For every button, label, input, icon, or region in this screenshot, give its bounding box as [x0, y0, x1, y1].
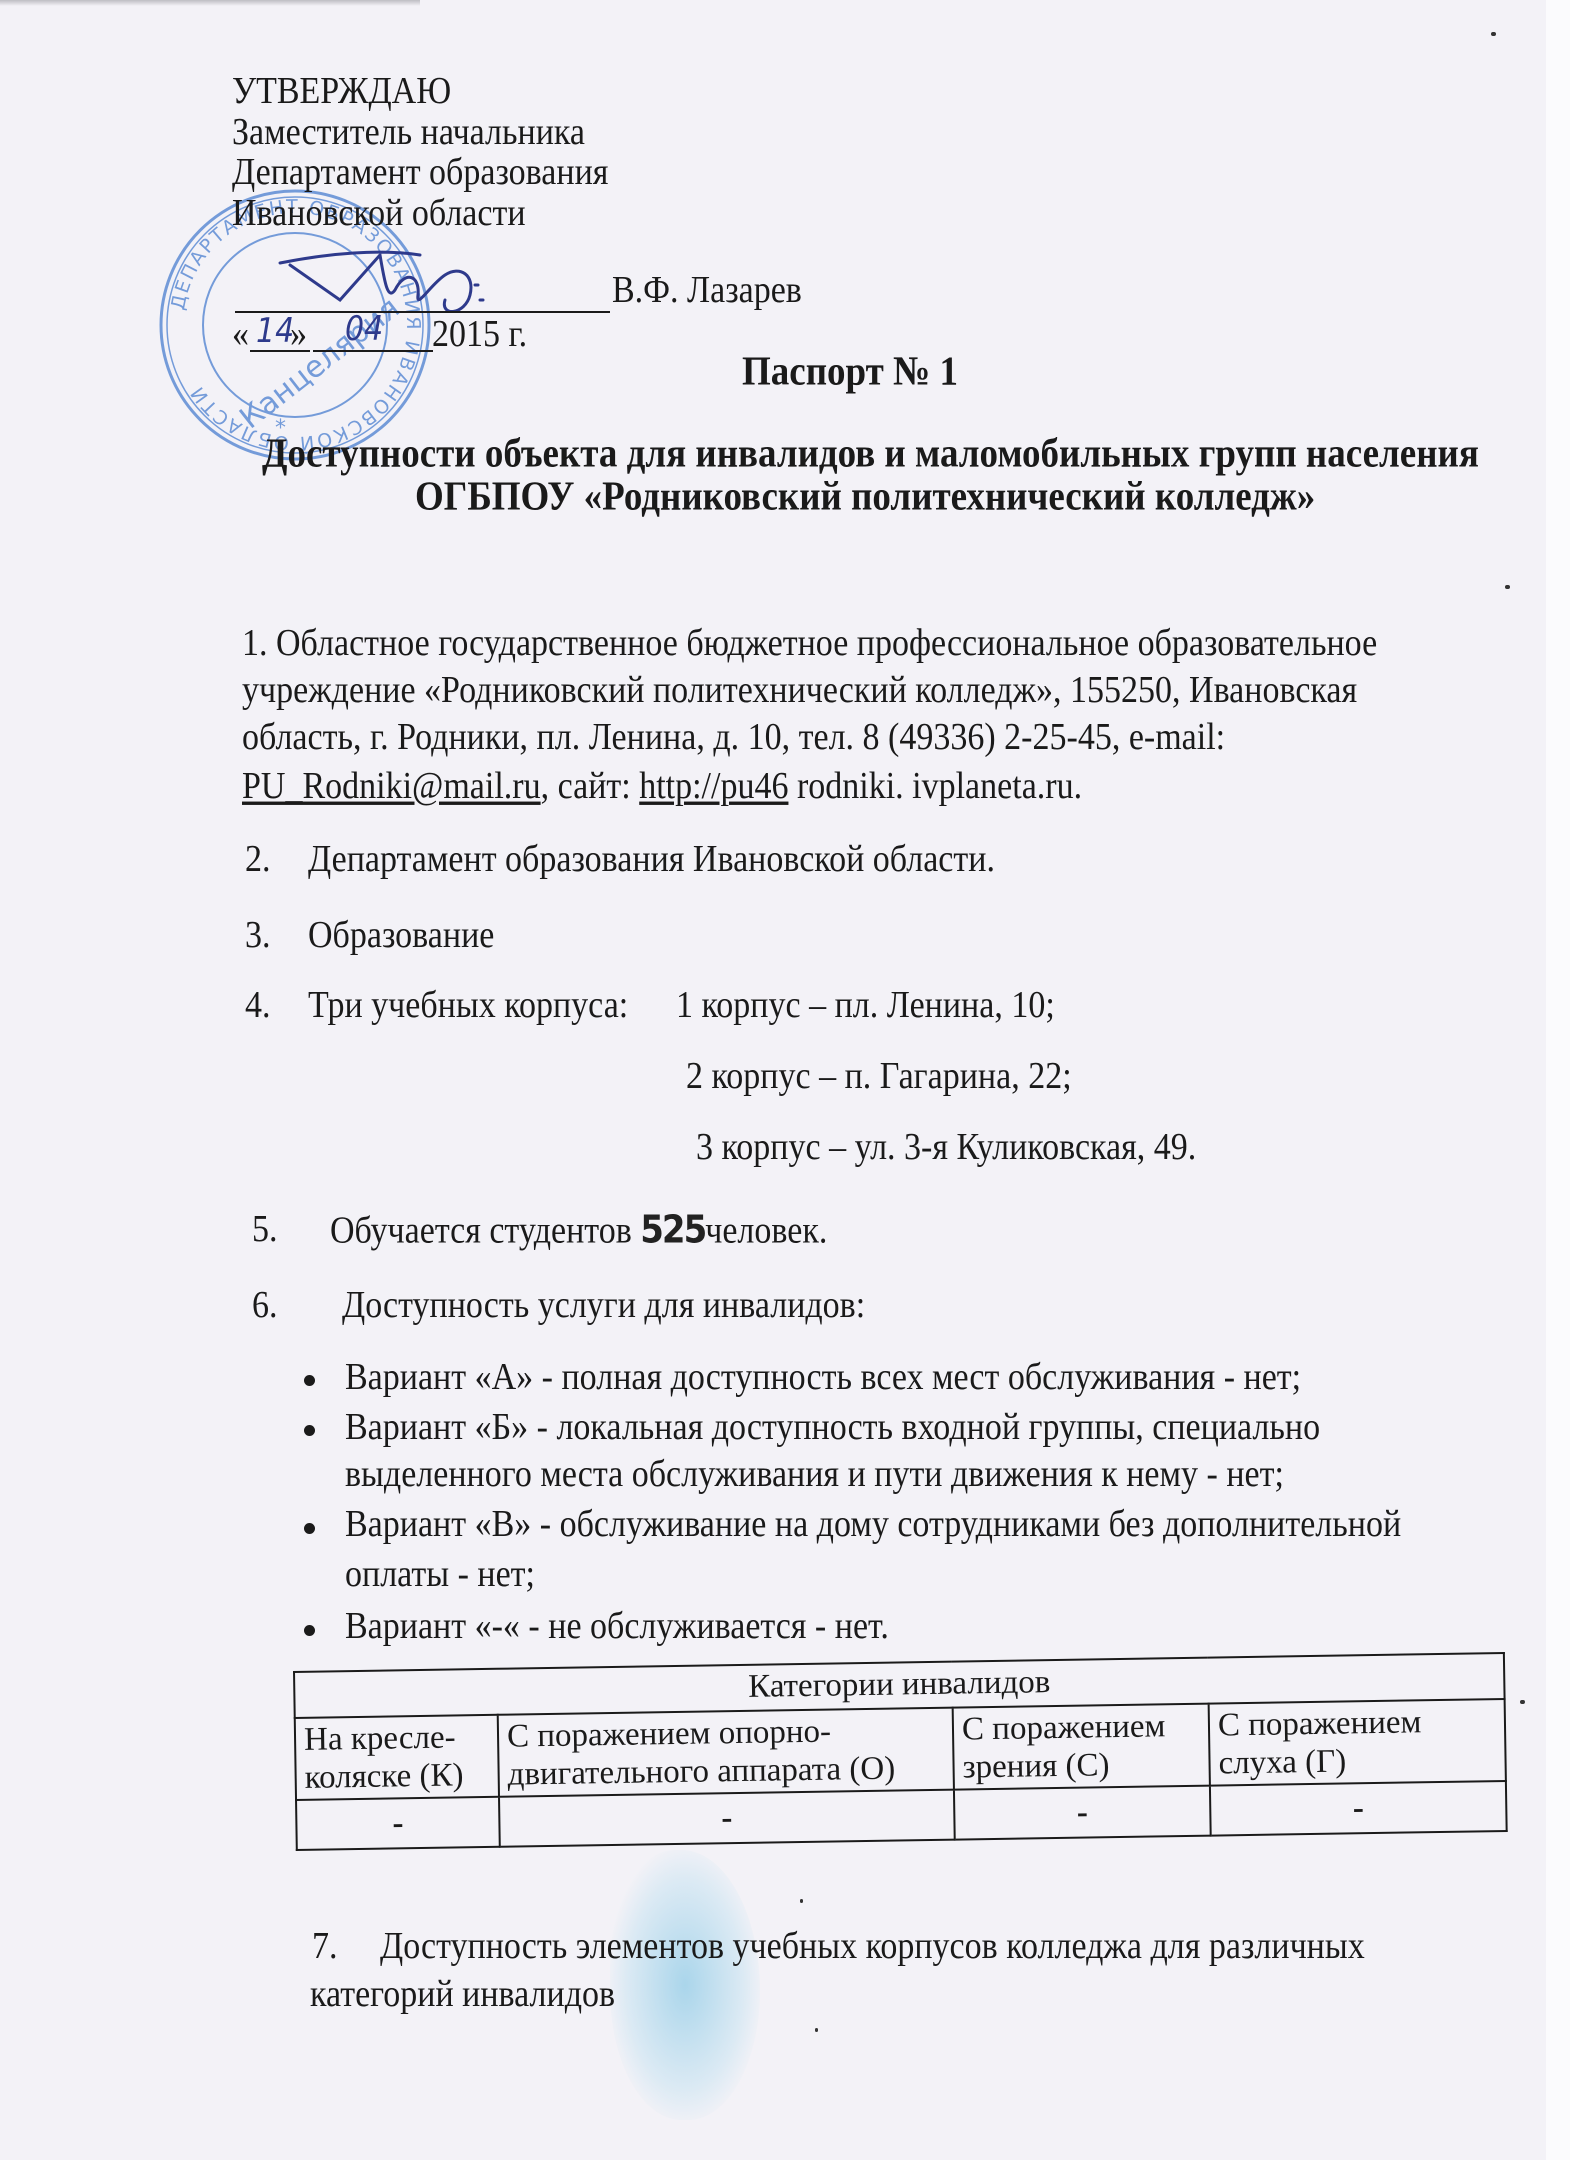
item1-line2: учреждение «Родниковский политехнический… — [242, 669, 1357, 714]
item5-text-after: человек. — [705, 1210, 827, 1251]
document-title: Паспорт № 1 — [0, 350, 1570, 395]
item1-line3: область, г. Родники, пл. Ленина, д. 10, … — [242, 716, 1225, 761]
building-2: 2 корпус – п. Гагарина, 22; — [686, 1055, 1072, 1100]
item1-line1: 1. Областное государственное бюджетное п… — [242, 622, 1377, 667]
item6-text: Доступность услуги для инвалидов: — [342, 1284, 865, 1329]
date-month: 04 — [345, 308, 383, 353]
approver-region: Ивановской области — [232, 192, 526, 237]
ink-blot — [610, 1850, 760, 2120]
scan-shadow — [0, 0, 420, 6]
header-vision: С поражением зрения (С) — [953, 1704, 1210, 1790]
scan-speck — [800, 1899, 803, 1903]
scan-speck — [1505, 585, 1510, 589]
building-3: 3 корпус – ул. 3-я Куликовская, 49. — [696, 1126, 1196, 1171]
item7-line2: категорий инвалидов — [310, 1973, 615, 2018]
disability-categories-table: Категории инвалидов На кресле-коляске (К… — [293, 1652, 1508, 1851]
site-label: , сайт: — [541, 766, 640, 807]
header-wheelchair: На кресле-коляске (К) — [295, 1715, 499, 1800]
item2-text: Департамент образования Ивановской облас… — [308, 838, 995, 883]
item3-number: 3. — [245, 914, 271, 959]
item1-text-line1: Областное государственное бюджетное проф… — [276, 623, 1377, 664]
item4-number: 4. — [245, 984, 271, 1029]
site-rest: rodniki. ivplaneta.ru. — [788, 766, 1082, 807]
value-wheelchair: - — [296, 1797, 500, 1850]
item7-number: 7. — [312, 1925, 338, 1970]
variant-b-line1: Вариант «Б» - локальная доступность вход… — [345, 1406, 1320, 1451]
item5-number: 5. — [252, 1208, 278, 1253]
scan-speck — [1520, 1700, 1525, 1704]
website-link[interactable]: http://pu46 — [639, 766, 788, 807]
scan-edge — [1546, 0, 1570, 2160]
item3-text: Образование — [308, 914, 494, 959]
variant-v-line1: Вариант «В» - обслуживание на дому сотру… — [345, 1503, 1401, 1548]
item5-text: Обучается студентов 525человек. — [330, 1208, 827, 1254]
header-musculoskeletal: С поражением опорно-двигательного аппара… — [498, 1708, 954, 1797]
variant-a: Вариант «А» - полная доступность всех ме… — [345, 1356, 1301, 1401]
item5-text-before: Обучается студентов — [330, 1210, 632, 1251]
variant-b-line2: выделенного места обслуживания и пути дв… — [345, 1453, 1284, 1498]
email-link[interactable]: PU_Rodniki@mail.ru — [242, 766, 541, 807]
document-subtitle-line1: Доступности объекта для инвалидов и мало… — [262, 432, 1479, 477]
student-count: 525 — [640, 1208, 705, 1253]
document-subtitle-line2: ОГБПОУ «Родниковский политехнический кол… — [415, 475, 1315, 520]
value-musculoskeletal: - — [499, 1790, 955, 1847]
approver-position: Заместитель начальника — [232, 111, 585, 156]
item7-line1: Доступность элементов учебных корпусов к… — [380, 1925, 1365, 1970]
building-1: 1 корпус – пл. Ленина, 10; — [676, 984, 1055, 1029]
scan-speck — [815, 2028, 818, 2032]
item1-line4: PU_Rodniki@mail.ru, сайт: http://pu46 ro… — [242, 765, 1082, 810]
bullet-icon — [304, 1625, 315, 1636]
approval-heading: УТВЕРЖДАЮ — [232, 70, 451, 115]
variant-none: Вариант «-« - не обслуживается - нет. — [345, 1605, 889, 1650]
date-day: 14 — [256, 310, 294, 355]
value-vision: - — [954, 1786, 1211, 1840]
item4-label: Три учебных корпуса: — [308, 984, 628, 1029]
bullet-icon — [304, 1523, 315, 1534]
bullet-icon — [304, 1425, 315, 1436]
variant-v-line2: оплаты - нет; — [345, 1553, 535, 1598]
signatory-name: В.Ф. Лазарев — [612, 269, 802, 314]
item6-number: 6. — [252, 1284, 278, 1329]
scan-speck — [1491, 32, 1496, 36]
bullet-icon — [304, 1375, 315, 1386]
approver-department: Департамент образования — [232, 151, 608, 196]
value-hearing: - — [1210, 1781, 1507, 1836]
document-title-text: Паспорт № 1 — [0, 350, 1570, 395]
item1-number: 1. — [242, 623, 268, 664]
header-hearing: С поражением слуха (Г) — [1209, 1699, 1506, 1786]
item2-number: 2. — [245, 838, 271, 883]
